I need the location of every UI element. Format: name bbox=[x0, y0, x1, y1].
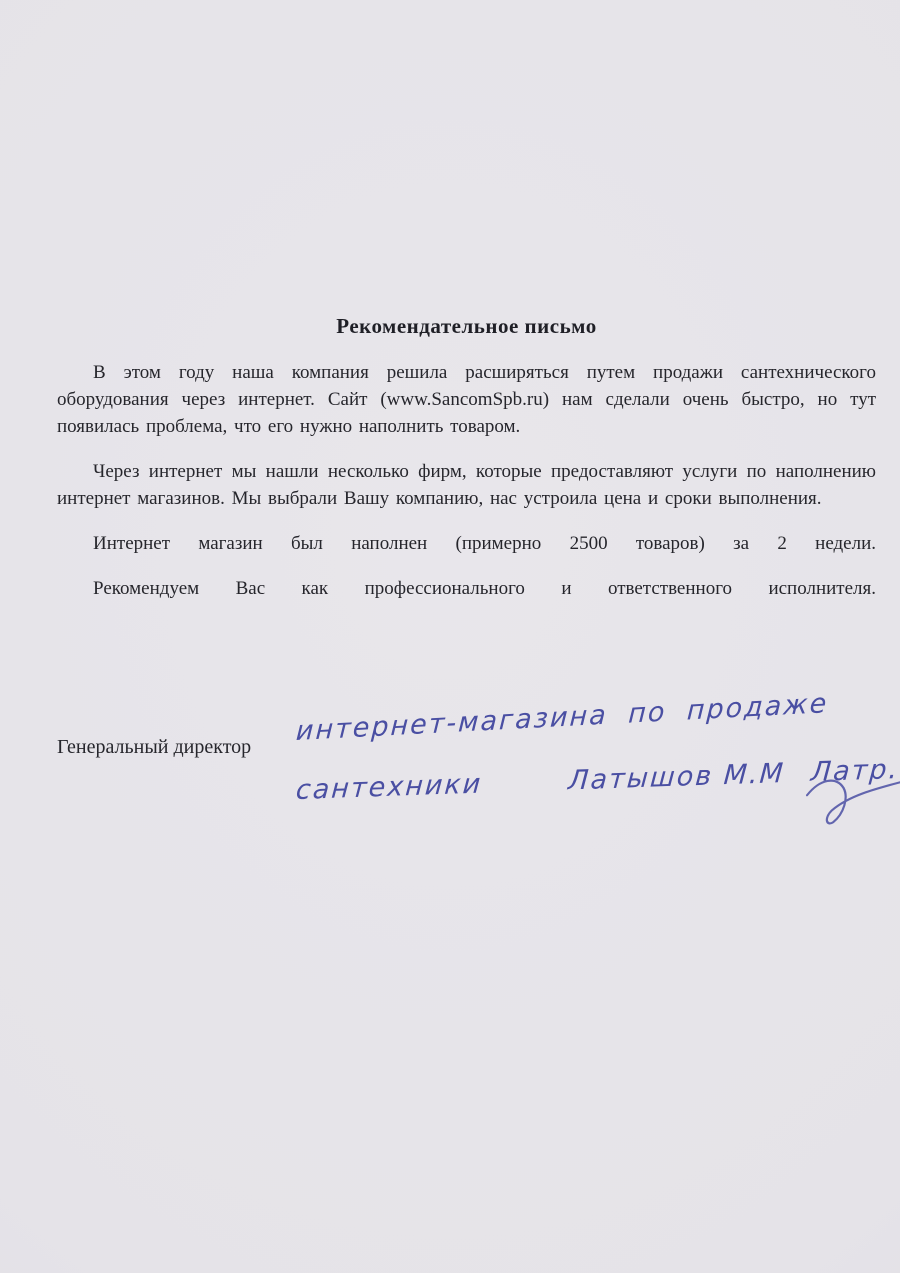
handwritten-signatory-name: Латышов М.М bbox=[567, 758, 786, 797]
handwritten-word-santehniki: сантехники bbox=[295, 768, 483, 806]
letter-content: Рекомендательное письмо В этом году наша… bbox=[57, 0, 876, 620]
letter-paragraph-1: В этом году наша компания решила расширя… bbox=[57, 359, 876, 440]
handwritten-note-line2: сантехникиЛатышов М.МЛатр. bbox=[295, 754, 900, 806]
scanned-letter-page: Рекомендательное письмо В этом году наша… bbox=[0, 0, 900, 1273]
signature-flourish: Латр. bbox=[810, 754, 900, 788]
handwritten-note-line1: интернет-магазина по продаже bbox=[295, 688, 829, 747]
letter-body: В этом году наша компания решила расширя… bbox=[57, 359, 876, 602]
signatory-role-label: Генеральный директор bbox=[57, 736, 251, 759]
letter-paragraph-2: Через интернет мы нашли несколько фирм, … bbox=[57, 458, 876, 512]
letter-paragraph-3: Интернет магазин был наполнен (примерно … bbox=[57, 530, 876, 557]
signature-flourish-text: Латр. bbox=[810, 754, 900, 788]
letter-paragraph-4: Рекомендуем Вас как профессионального и … bbox=[57, 575, 876, 602]
letter-title: Рекомендательное письмо bbox=[57, 0, 876, 340]
handwriting-gap bbox=[482, 790, 568, 793]
